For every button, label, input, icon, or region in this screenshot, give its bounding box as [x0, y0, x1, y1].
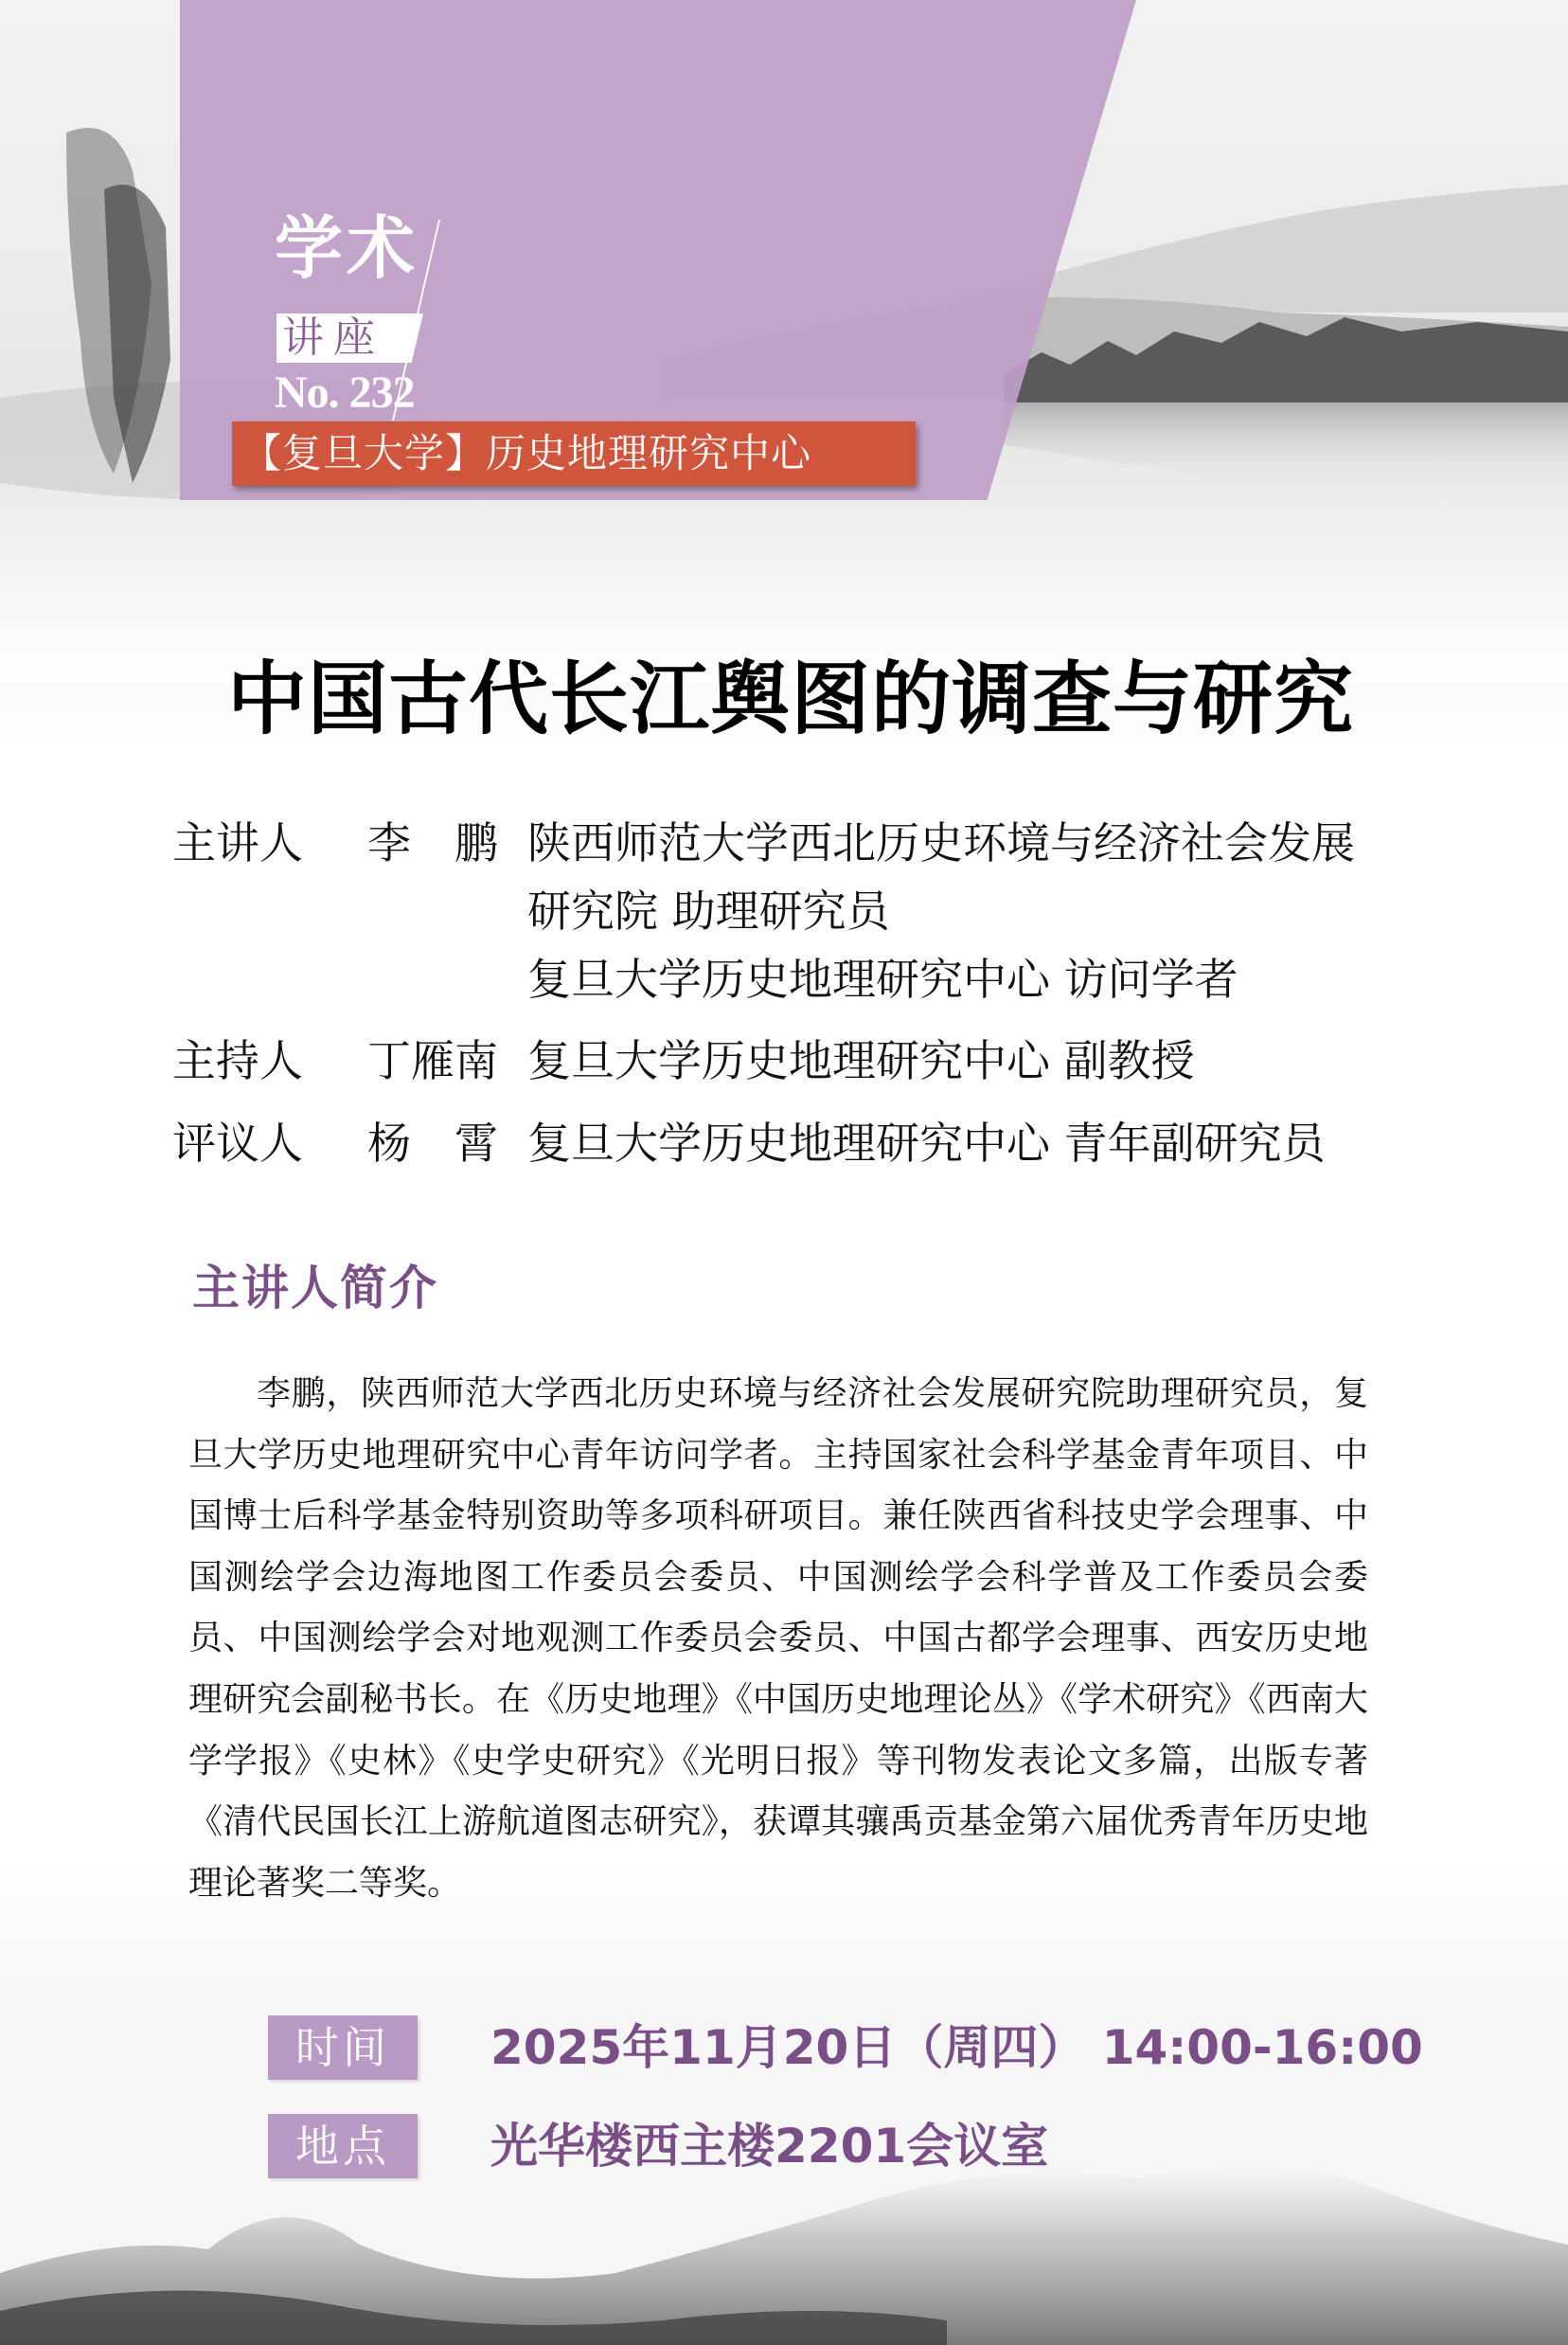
lecture-title: 中国古代长江舆图的调查与研究 [227, 653, 1401, 744]
person-name: 杨 霄 [367, 1115, 498, 1172]
affiliation-line: 研究院 助理研究员 [527, 883, 890, 940]
bio-heading: 主讲人简介 [192, 1260, 438, 1316]
role-label: 主持人 [172, 1032, 303, 1089]
person-name: 丁雁南 [367, 1032, 498, 1089]
role-label: 评议人 [172, 1115, 303, 1172]
location-value: 光华楼西主楼2201会议室 [490, 2114, 1048, 2178]
organizer-label: 【复旦大学】历史地理研究中心 [241, 421, 811, 486]
affiliation-line: 复旦大学历史地理研究中心 访问学者 [527, 951, 1238, 1008]
time-value: 2025年11月20日（周四） 14:00-16:00 [490, 2015, 1423, 2080]
time-label-box: 时间 [268, 2015, 418, 2080]
location-label-box: 地点 [268, 2114, 418, 2178]
role-label: 主讲人 [172, 814, 303, 871]
bio-text: 李鹏，陕西师范大学西北历史环境与经济社会发展研究院助理研究员，复旦大学历史地理研… [188, 1364, 1368, 1914]
organizer-banner: 【复旦大学】历史地理研究中心 [232, 421, 916, 486]
affiliation-line: 复旦大学历史地理研究中心 青年副研究员 [527, 1115, 1326, 1172]
series-label: 学术 [275, 210, 419, 286]
location-label: 地点 [268, 2114, 418, 2178]
series-sublabel-box: 讲座 [276, 313, 423, 363]
time-label: 时间 [268, 2015, 418, 2080]
affiliation-line: 复旦大学历史地理研究中心 副教授 [527, 1032, 1195, 1089]
affiliation-line: 陕西师范大学西北历史环境与经济社会发展 [527, 814, 1355, 871]
person-name: 李 鹏 [367, 814, 498, 871]
series-sublabel: 讲座 [282, 313, 384, 363]
